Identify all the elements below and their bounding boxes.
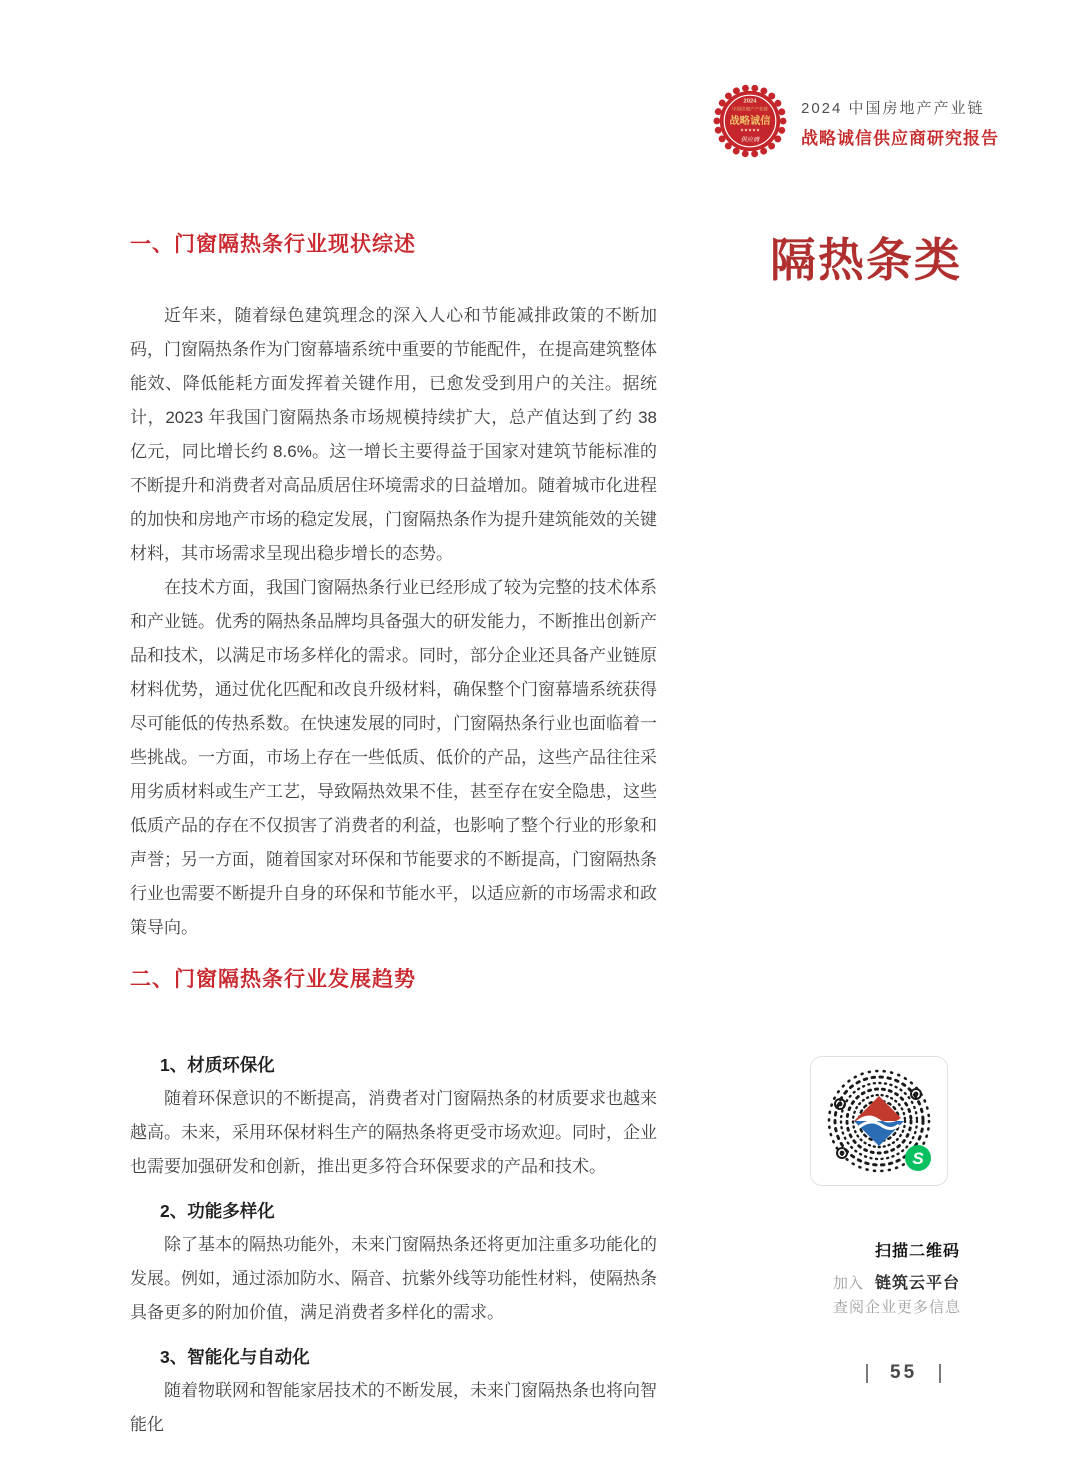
svg-text:S: S	[912, 1149, 924, 1168]
subsection2-body: 除了基本的隔热功能外，未来门窗隔热条还将更加注重多功能化的发展。例如，通过添加防…	[130, 1228, 657, 1330]
qr-scan-label: 扫描二维码	[875, 1238, 960, 1261]
brand-title-line1: 2024 中国房地产产业链	[801, 97, 999, 118]
section1-title: 一、门窗隔热条行业现状综述	[130, 230, 657, 259]
brand-header: 2024 中国房地产产业链 战略诚信 ★★★★★ 供应商 2024 中国房地产产…	[713, 84, 999, 158]
qr-platform-name: 链筑云平台	[875, 1275, 960, 1292]
report-page: 2024 中国房地产产业链 战略诚信 ★★★★★ 供应商 2024 中国房地产产…	[0, 0, 1070, 1459]
qr-info-line: 查阅企业更多信息	[833, 1296, 961, 1317]
platform-logo-icon	[854, 1096, 904, 1146]
brand-text: 2024 中国房地产产业链 战略诚信供应商研究报告	[801, 93, 999, 149]
section2-title: 二、门窗隔热条行业发展趋势	[130, 965, 657, 994]
seal-motto: 战略诚信	[730, 114, 772, 127]
brand-title-line2: 战略诚信供应商研究报告	[801, 124, 999, 149]
qr-code-card: S	[810, 1056, 948, 1186]
qr-code: S	[823, 1065, 935, 1177]
category-title: 隔热条类	[770, 224, 962, 290]
footer-right-bar	[939, 1364, 941, 1383]
qr-join-prefix: 加入	[833, 1275, 863, 1292]
main-content: 一、门窗隔热条行业现状综述 近年来，随着绿色建筑理念的深入人心和节能减排政策的不…	[130, 230, 657, 1442]
seal-org: 中国房地产产业链	[732, 105, 768, 112]
subsection3-body: 随着物联网和智能家居技术的不断发展，未来门窗隔热条也将向智能化	[130, 1374, 657, 1442]
seal-year: 2024	[744, 99, 758, 105]
section1-paragraph-2: 在技术方面，我国门窗隔热条行业已经形成了较为完整的技术体系和产业链。优秀的隔热条…	[130, 571, 657, 945]
section1-paragraph-1: 近年来，随着绿色建筑理念的深入人心和节能减排政策的不断加码，门窗隔热条作为门窗幕…	[130, 299, 657, 571]
subsection1-heading: 1、材质环保化	[130, 1048, 657, 1082]
subsection3-heading: 3、智能化与自动化	[130, 1340, 657, 1374]
page-footer: 55	[866, 1362, 941, 1384]
subsection1-body: 随着环保意识的不断提高，消费者对门窗隔热条的材质要求也越来越高。未来，采用环保材…	[130, 1082, 657, 1184]
seal-stars: ★★★★★	[740, 128, 760, 133]
footer-left-bar	[866, 1364, 868, 1383]
page-number: 55	[890, 1362, 917, 1384]
mini-program-icon: S	[905, 1145, 931, 1171]
subsection2-heading: 2、功能多样化	[130, 1194, 657, 1228]
seal-label: 供应商	[741, 135, 761, 143]
qr-join-line: 加入链筑云平台	[833, 1270, 960, 1293]
certification-seal-icon: 2024 中国房地产产业链 战略诚信 ★★★★★ 供应商	[713, 84, 787, 158]
